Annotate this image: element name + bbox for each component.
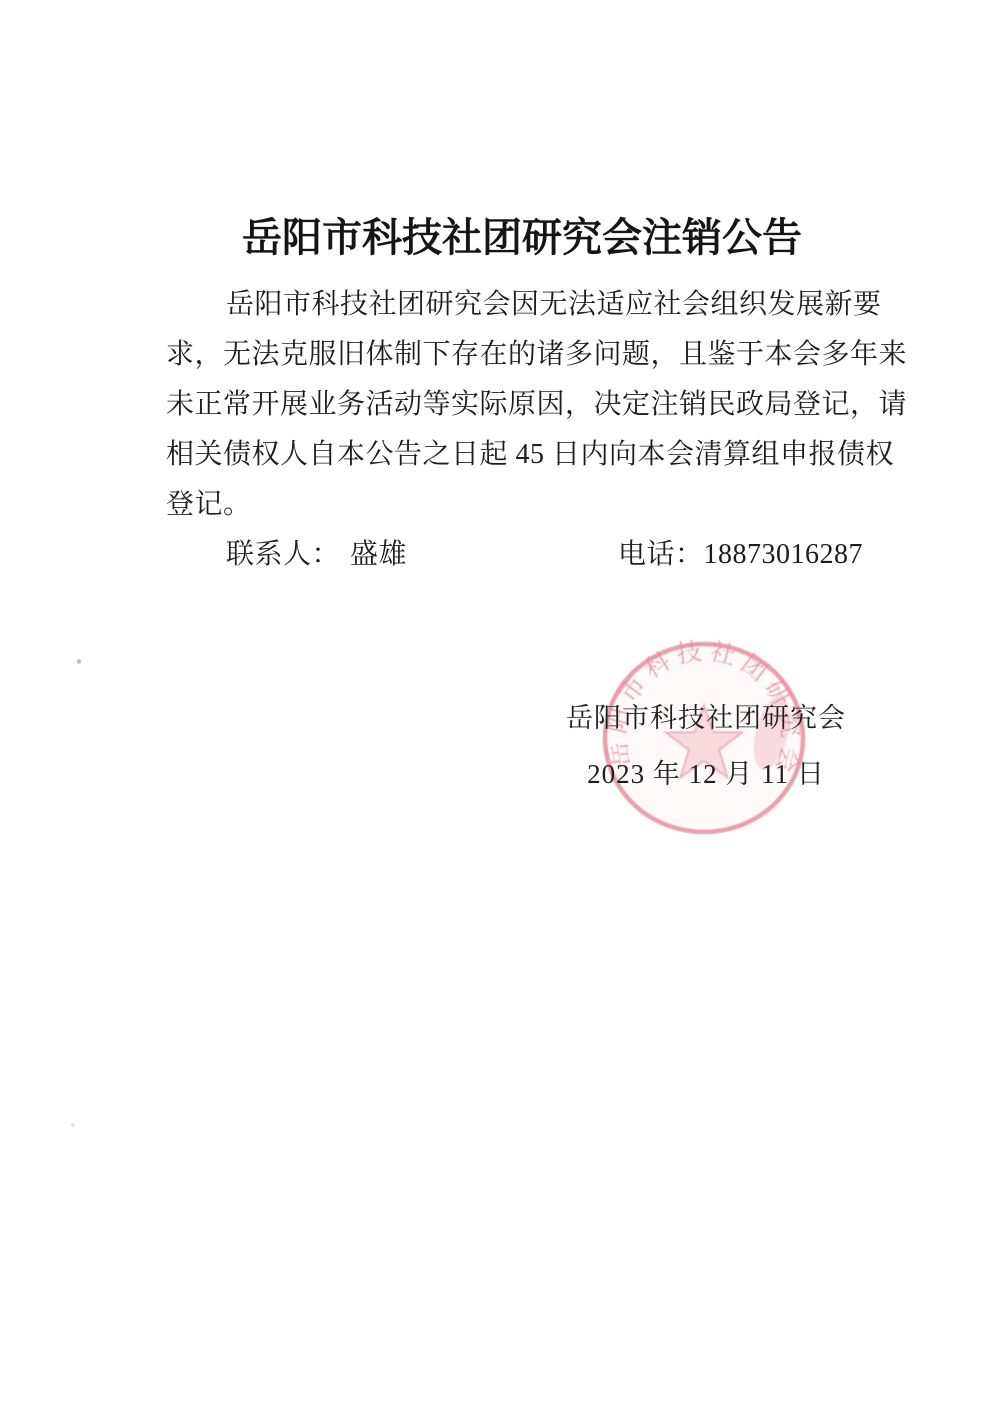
contact-phone-label: 电话： (618, 539, 704, 570)
contact-phone-number: 18873016287 (704, 539, 864, 570)
signature-date: 2023 年 12 月 11 日 (540, 757, 872, 791)
paragraph-line: 未正常开展业务活动等实际原因，决定注销民政局登记，请 (166, 380, 878, 430)
paragraph-line: 岳阳市科技社团研究会因无法适应社会组织发展新要 (166, 280, 878, 330)
signature-organization: 岳阳市科技社团研究会 (540, 702, 872, 734)
scan-speck (77, 659, 81, 664)
contact-phone: 电话：18873016287 (618, 530, 863, 580)
official-seal-stamp: 岳阳市科技社团研究会 (599, 638, 809, 838)
paragraph-line: 登记。 (166, 480, 878, 530)
document-body: 岳阳市科技社团研究会因无法适应社会组织发展新要 求，无法克服旧体制下存在的诸多问… (166, 280, 878, 580)
contact-row: 联系人：盛雄 电话：18873016287 (166, 530, 878, 580)
paragraph-line: 相关债权人自本公告之日起 45 日内向本会清算组申报债权 (166, 430, 878, 480)
contact-person-label: 联系人： (226, 539, 340, 570)
document-title: 岳阳市科技社团研究会注销公告 (166, 216, 878, 260)
contact-person-name: 盛雄 (350, 539, 407, 570)
paragraph-line: 求，无法克服旧体制下存在的诸多问题，且鉴于本会多年来 (166, 330, 878, 380)
document-page: 岳阳市科技社团研究会注销公告 岳阳市科技社团研究会因无法适应社会组织发展新要 求… (0, 0, 1000, 1424)
seal-ring (605, 644, 803, 832)
contact-person: 联系人：盛雄 (226, 530, 407, 580)
scan-speck (71, 1123, 75, 1127)
